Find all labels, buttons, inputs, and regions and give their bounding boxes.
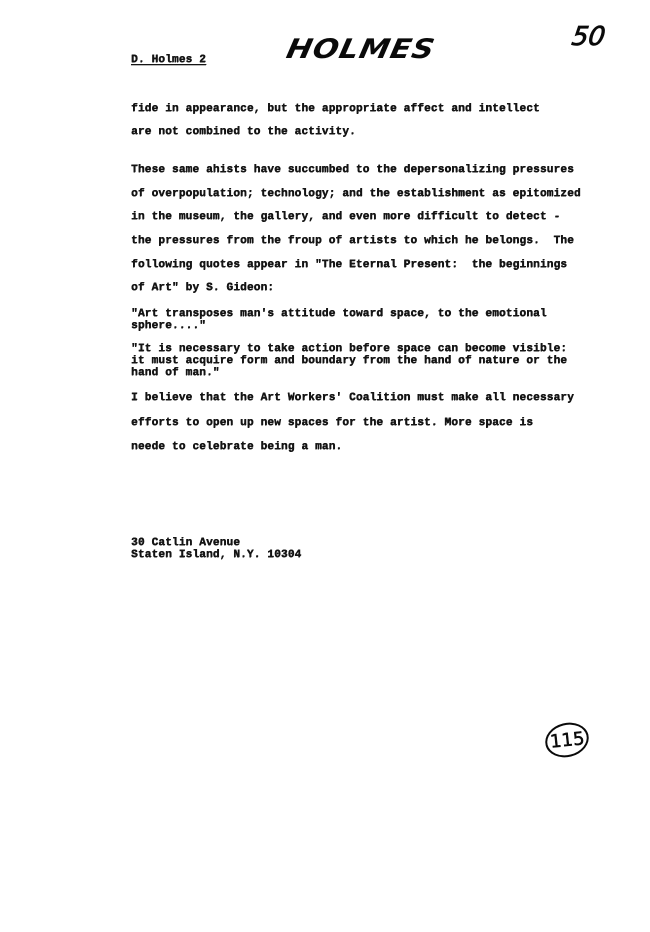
para2-line-1: These same ahists have succumbed to the … [131, 163, 574, 177]
quote1-line-2: sphere...." [131, 319, 206, 333]
para3-line-1: I believe that the Art Workers' Coalitio… [131, 391, 574, 405]
circled-page-number-text: 115 [549, 728, 585, 752]
para2-line-5: following quotes appear in "The Eternal … [131, 258, 567, 272]
para1-line-2: are not combined to the activity. [131, 125, 356, 139]
para1-line-1: fide in appearance, but the appropriate … [131, 102, 540, 116]
circled-page-number: 115 [542, 718, 593, 762]
quote2-line-3: hand of man." [131, 366, 220, 380]
page-header-label: D. Holmes 2 [131, 54, 206, 66]
address-line-2: Staten Island, N.Y. 10304 [131, 548, 301, 562]
para2-line-6: of Art" by S. Gideon: [131, 281, 274, 295]
para2-line-4: the pressures from the froup of artists … [131, 234, 574, 248]
para2-line-3: in the museum, the gallery, and even mor… [131, 210, 560, 224]
document-page: D. Holmes 2 HOLMES 50 fide in appearance… [0, 0, 650, 932]
para3-line-3: neede to celebrate being a man. [131, 440, 342, 454]
para3-line-2: efforts to open up new spaces for the ar… [131, 416, 533, 430]
para2-line-2: of overpopulation; technology; and the e… [131, 187, 581, 201]
handwritten-page-number: 50 [570, 22, 607, 52]
handwritten-name: HOLMES [284, 34, 438, 66]
